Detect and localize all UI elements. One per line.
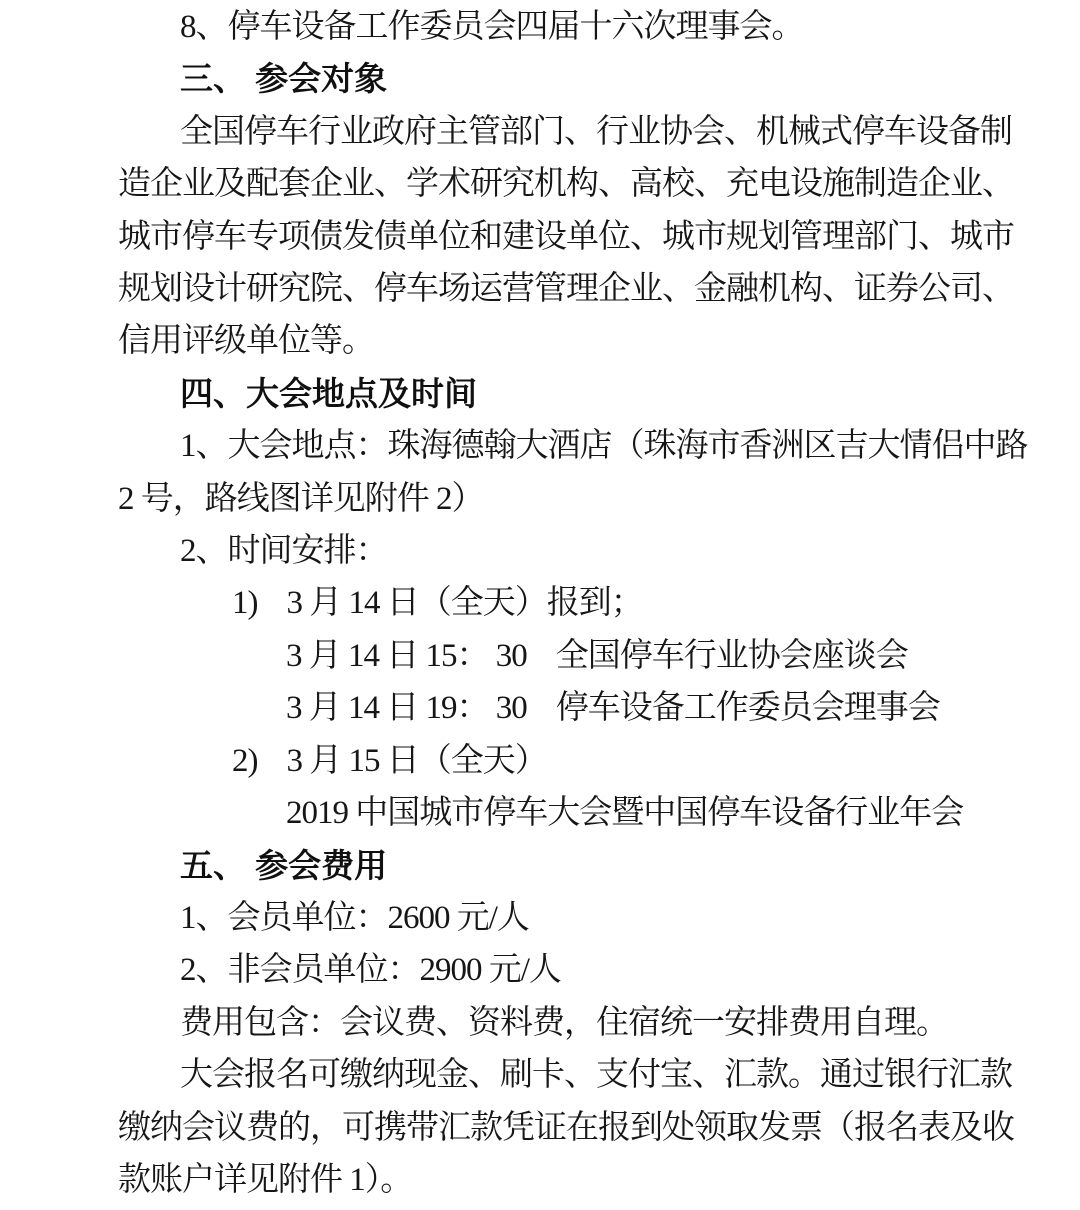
document-line: 规划设计研究院、停车场运营管理企业、金融机构、证券公司、 xyxy=(118,263,1080,315)
document-line: 费用包含：会议费、资料费，住宿统一安排费用自理。 xyxy=(118,997,1080,1049)
document-line: 缴纳会议费的，可携带汇款凭证在报到处领取发票（报名表及收 xyxy=(118,1102,1080,1154)
document-line: 全国停车行业政府主管部门、行业协会、机械式停车设备制 xyxy=(118,106,1080,158)
document-line: 城市停车专项债发债单位和建设单位、城市规划管理部门、城市 xyxy=(118,211,1080,263)
document-line: 款账户详见附件 1）。 xyxy=(118,1154,1080,1206)
document-line: 大会报名可缴纳现金、刷卡、支付宝、汇款。通过银行汇款 xyxy=(118,1049,1080,1101)
section-heading: 五、 参会费用 xyxy=(118,840,1080,892)
document-line: 3 月 14 日 19： 30 停车设备工作委员会理事会 xyxy=(118,682,1080,734)
document-line: 造企业及配套企业、学术研究机构、高校、充电设施制造企业、 xyxy=(118,158,1080,210)
document-line: 1) 3 月 14 日（全天）报到； xyxy=(118,577,1080,629)
document-page: 8、停车设备工作委员会四届十六次理事会。三、 参会对象全国停车行业政府主管部门、… xyxy=(0,0,1080,1210)
document-line: 2、非会员单位：2900 元/人 xyxy=(118,944,1080,996)
document-line: 2) 3 月 15 日（全天） xyxy=(118,735,1080,787)
document-line: 1、会员单位：2600 元/人 xyxy=(118,892,1080,944)
document-line: 3 月 14 日 15： 30 全国停车行业协会座谈会 xyxy=(118,630,1080,682)
document-line: 2、时间安排： xyxy=(118,525,1080,577)
section-heading: 四、大会地点及时间 xyxy=(118,368,1080,420)
document-line: 信用评级单位等。 xyxy=(118,315,1080,367)
document-line: 8、停车设备工作委员会四届十六次理事会。 xyxy=(118,1,1080,53)
document-line: 2019 中国城市停车大会暨中国停车设备行业年会 xyxy=(118,787,1080,839)
section-heading: 三、 参会对象 xyxy=(118,53,1080,105)
document-line: 2 号，路线图详见附件 2） xyxy=(118,473,1080,525)
document-line: 1、大会地点：珠海德翰大酒店（珠海市香洲区吉大情侣中路 xyxy=(118,420,1080,472)
